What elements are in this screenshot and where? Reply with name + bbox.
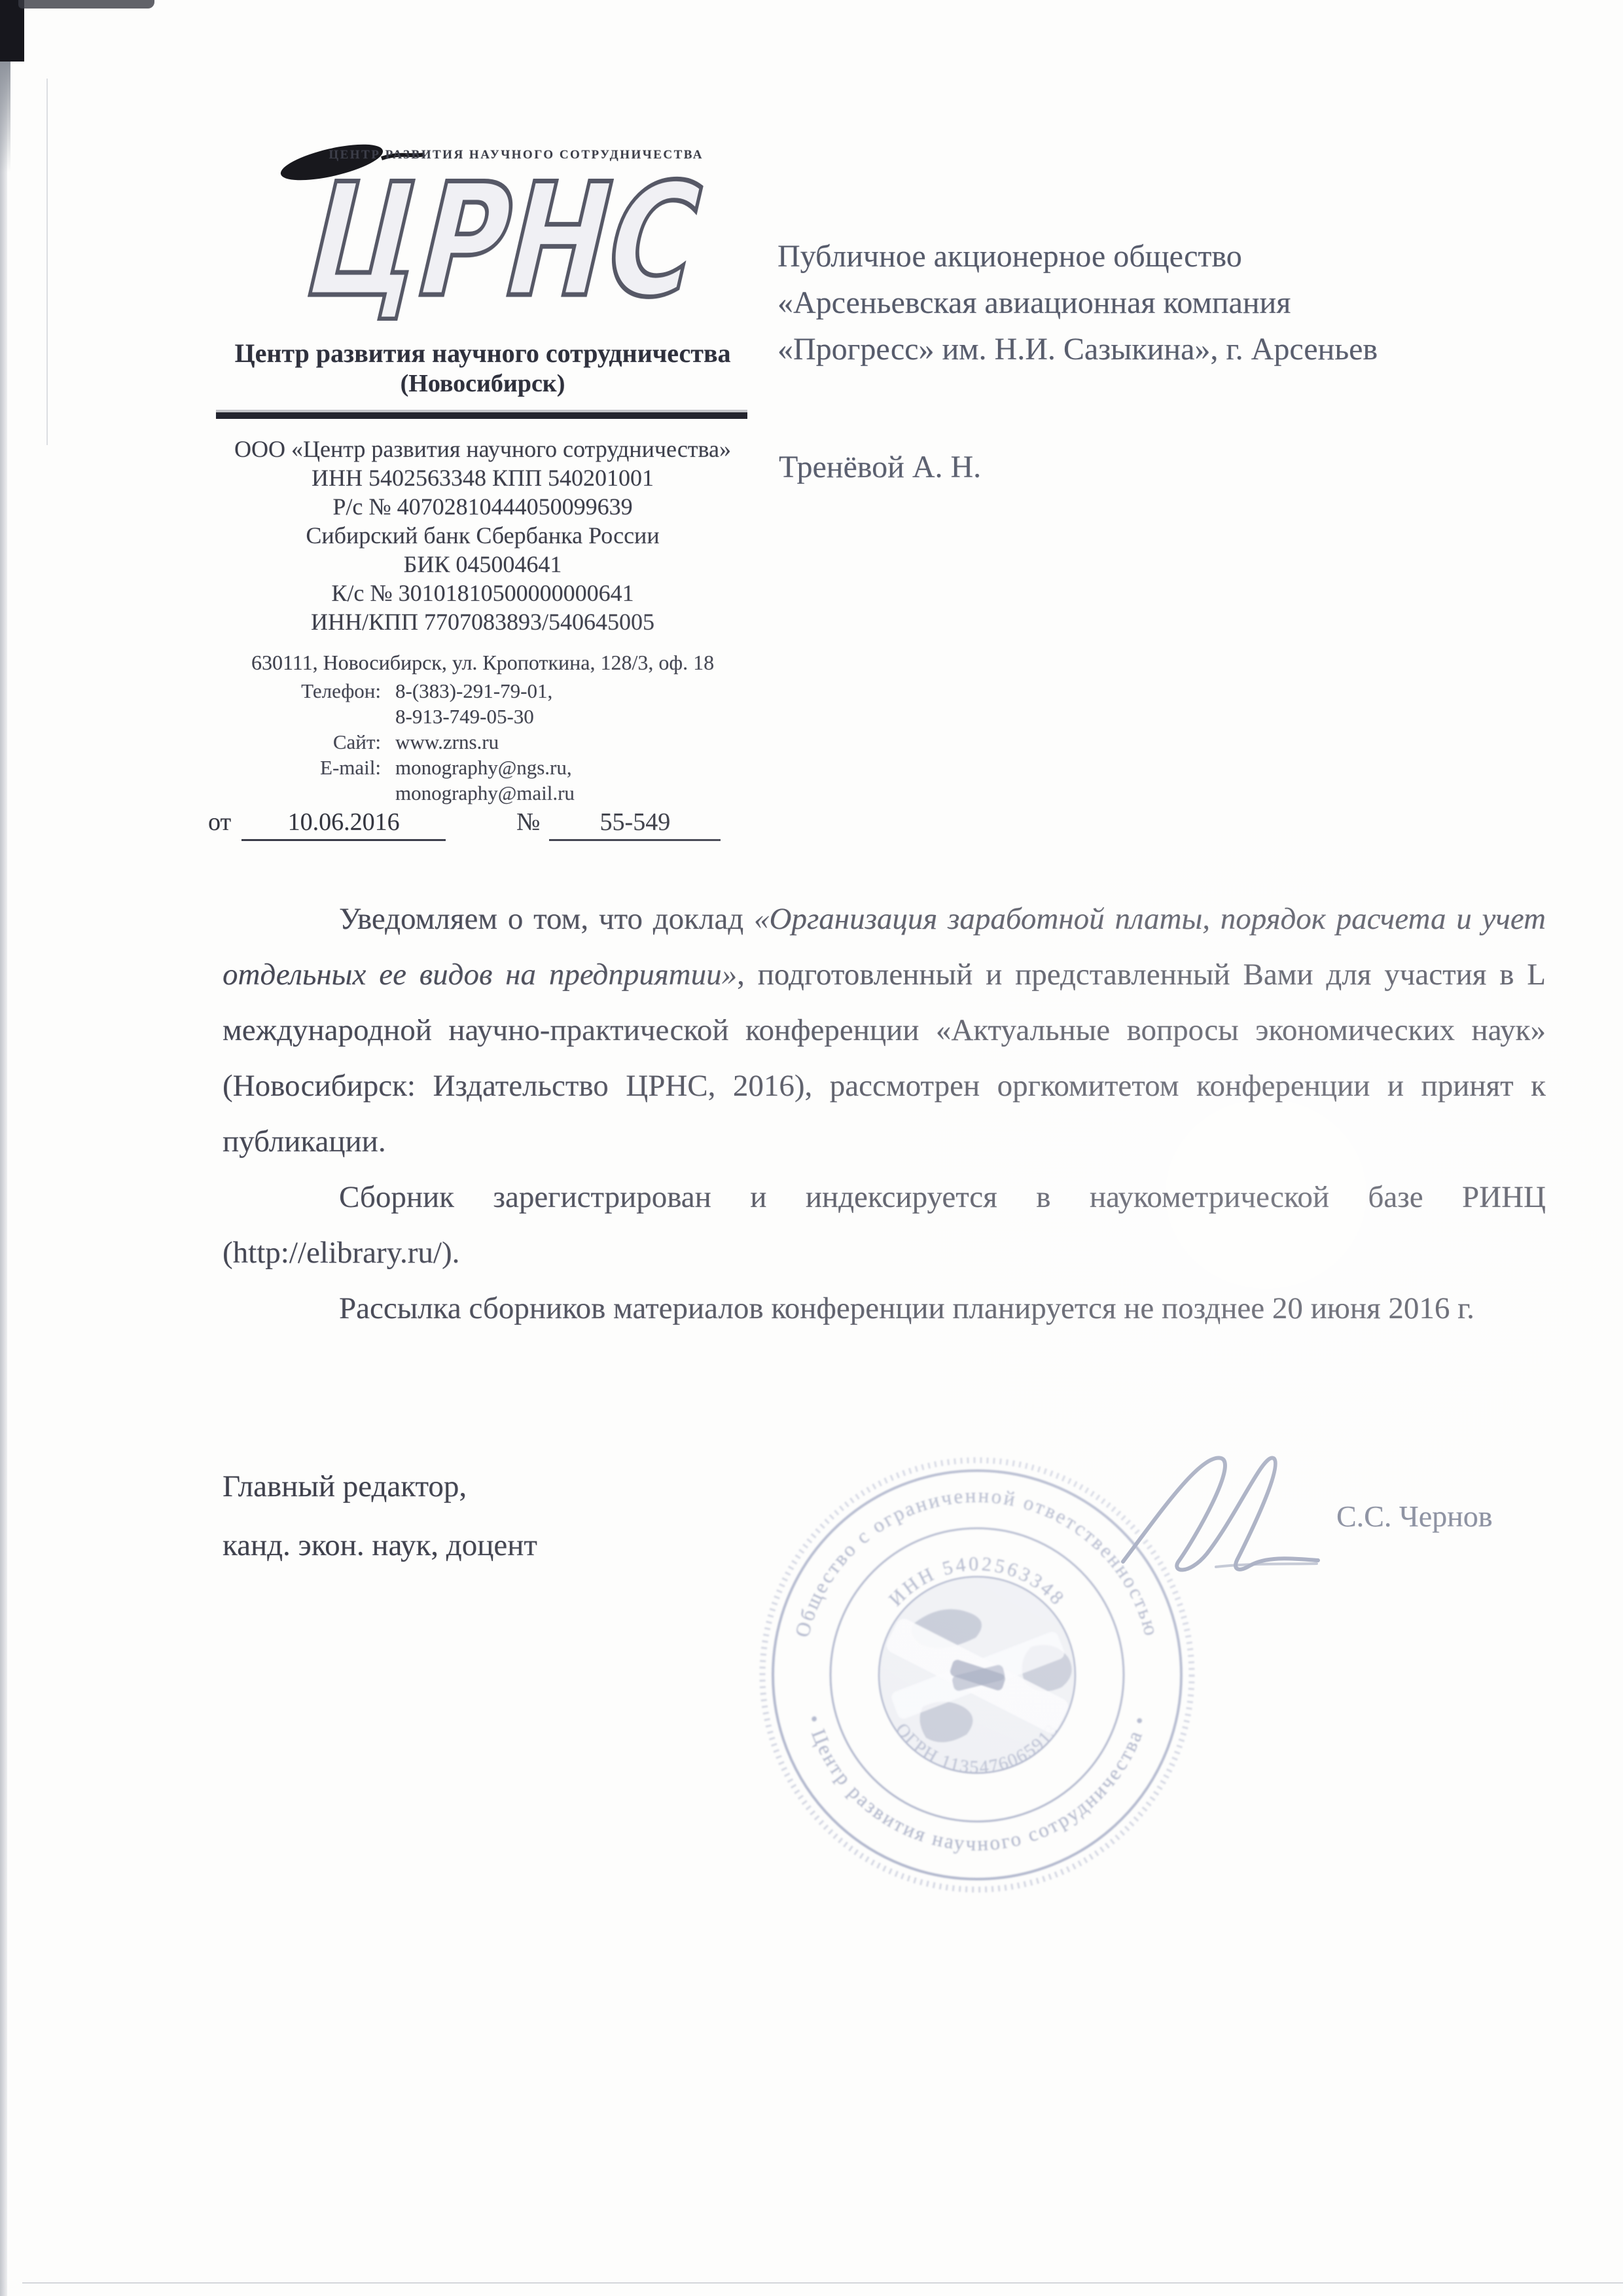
signature-title: Главный редактор, канд. экон. наук, доце…: [223, 1457, 811, 1575]
detail-line: ИНН/КПП 7707083893/540645005: [209, 607, 756, 636]
contact-value: www.zrns.ru: [395, 729, 753, 755]
body-paragraph-3: Рассылка сборников материалов конференци…: [223, 1281, 1546, 1336]
reference-line: от 10.06.2016 № 55-549: [208, 808, 751, 841]
recipient-attention: Тренёвой А. Н.: [779, 449, 1302, 485]
contacts-block: Телефон: 8-(383)-291-79-01, 8-913-749-05…: [216, 678, 753, 806]
scan-corner-bar: [0, 0, 24, 62]
org-city: (Новосибирск): [209, 369, 756, 398]
recipient-line: «Арсеньевская авиационная компания: [777, 279, 1576, 326]
contact-value: 8-913-749-05-30: [395, 704, 753, 729]
signature-title-line: Главный редактор,: [223, 1457, 811, 1516]
date-label: от: [208, 808, 231, 836]
logo-acronym: ЦРНС: [291, 150, 710, 321]
scan-top-smudge: [18, 0, 154, 9]
p1-lead: Уведомляем о том, что доклад: [339, 902, 754, 936]
recipient-block: Публичное акционерное общество «Арсеньев…: [777, 233, 1576, 372]
contact-label: [216, 780, 381, 806]
number-label: №: [516, 808, 540, 836]
scanned-letter-page: ЦЕНТР РАЗВИТИЯ НАУЧНОГО СОТРУДНИЧЕСТВА Ц…: [0, 0, 1623, 2296]
contact-value: 8-(383)-291-79-01,: [395, 678, 753, 704]
scan-corner-bar-fade: [0, 62, 10, 173]
signature-name: С.С. Чернов: [1336, 1499, 1493, 1534]
detail-line: Сибирский банк Сбербанка России: [209, 521, 756, 550]
org-logo: ЦЕНТР РАЗВИТИЯ НАУЧНОГО СОТРУДНИЧЕСТВА Ц…: [252, 130, 710, 321]
org-address: 630111, Новосибирск, ул. Кропоткина, 128…: [209, 651, 756, 675]
contact-label: [216, 704, 381, 729]
signature-underline: [1216, 1564, 1317, 1567]
scan-edge-strip: [0, 0, 7, 2296]
detail-line: БИК 045004641: [209, 550, 756, 579]
org-details: ООО «Центр развития научного сотрудничес…: [209, 435, 756, 636]
stamp-globe-emblem: [879, 1577, 1075, 1773]
letter-body: Уведомляем о том, что доклад «Организаци…: [223, 891, 1546, 1336]
logo-acronym-group: ЦРНС: [291, 150, 710, 321]
org-name: Центр развития научного сотрудничества: [209, 338, 756, 368]
recipient-line: Публичное акционерное общество: [777, 233, 1576, 279]
date-value: 10.06.2016: [241, 808, 446, 841]
contact-value: monography@ngs.ru,: [395, 755, 753, 780]
number-value: 55-549: [549, 808, 721, 841]
signature-title-line: канд. экон. наук, доцент: [223, 1516, 811, 1575]
scan-bottom-line: [22, 2282, 1623, 2284]
detail-line: ИНН 5402563348 КПП 540201001: [209, 463, 756, 492]
detail-line: К/с № 30101810500000000641: [209, 579, 756, 607]
detail-line: ООО «Центр развития научного сотрудничес…: [209, 435, 756, 463]
body-paragraph-1: Уведомляем о том, что доклад «Организаци…: [223, 891, 1546, 1170]
recipient-line: «Прогресс» им. Н.И. Сазыкина», г. Арсень…: [777, 326, 1576, 372]
contact-label: E-mail:: [216, 755, 381, 780]
contact-value: monography@mail.ru: [395, 780, 753, 806]
contact-label: Телефон:: [216, 678, 381, 704]
body-paragraph-2: Сборник зарегистрирован и индексируется …: [223, 1170, 1546, 1281]
detail-line: Р/с № 40702810444050099639: [209, 492, 756, 521]
scan-hairline: [46, 79, 48, 445]
logo-graphic: ЦЕНТР РАЗВИТИЯ НАУЧНОГО СОТРУДНИЧЕСТВА Ц…: [252, 130, 710, 321]
letterhead-divider: [216, 412, 747, 419]
contact-label: Сайт:: [216, 729, 381, 755]
round-stamp: Общество с ограниченной ответственностью…: [754, 1452, 1200, 1898]
